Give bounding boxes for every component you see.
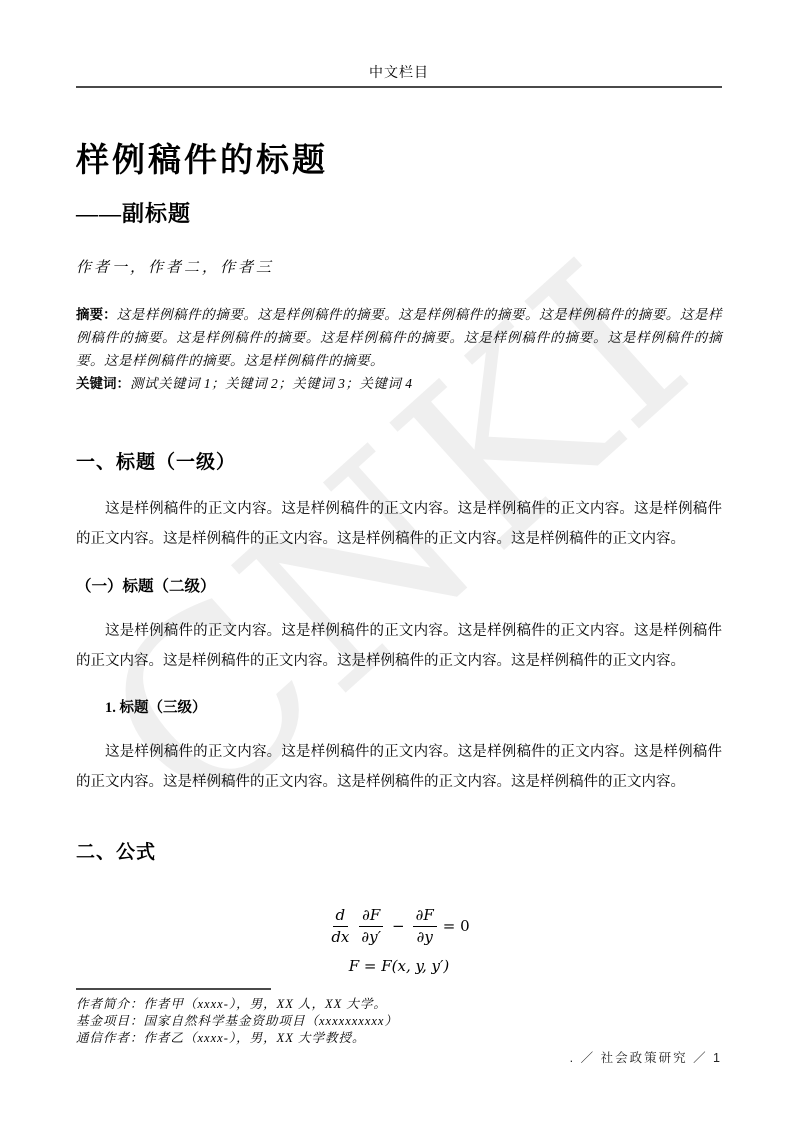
header-divider: [76, 86, 722, 88]
abstract-block: 摘要：这是样例稿件的摘要。这是样例稿件的摘要。这是样例稿件的摘要。这是样例稿件的…: [76, 303, 722, 395]
fraction-denominator: ∂y: [414, 927, 436, 947]
body-paragraph: 这是样例稿件的正文内容。这是样例稿件的正文内容。这是样例稿件的正文内容。这是样例…: [76, 737, 722, 797]
fraction-numerator: ∂F: [359, 906, 383, 927]
section-heading-level2: （一）标题（二级）: [76, 574, 722, 596]
footnote-funding: 基金项目：国家自然科学基金资助项目（xxxxxxxxxx）: [76, 1013, 722, 1030]
footnote-divider: [76, 988, 271, 990]
fraction-numerator: ∂F: [413, 906, 437, 927]
running-head: 中文栏目: [76, 62, 722, 82]
keywords-text: 测试关键词 1；关键词 2；关键词 3；关键词 4: [130, 376, 413, 391]
function-definition-equation: F = F(x, y, y′): [76, 957, 722, 975]
article-subtitle: ——副标题: [76, 197, 722, 228]
abstract-label: 摘要：: [76, 307, 117, 322]
footnote-corresponding-author: 通信作者：作者乙（xxxx-），男，XX 大学教授。: [76, 1030, 722, 1047]
body-paragraph: 这是样例稿件的正文内容。这是样例稿件的正文内容。这是样例稿件的正文内容。这是样例…: [76, 494, 722, 554]
document-page: CNKI 中文栏目 样例稿件的标题 ——副标题 作者一，作者二，作者三 摘要：这…: [0, 0, 794, 1123]
body-paragraph: 这是样例稿件的正文内容。这是样例稿件的正文内容。这是样例稿件的正文内容。这是样例…: [76, 616, 722, 676]
section-heading-level3: 1. 标题（三级）: [76, 696, 722, 717]
article-title: 样例稿件的标题: [76, 134, 722, 181]
abstract-paragraph: 摘要：这是样例稿件的摘要。这是样例稿件的摘要。这是样例稿件的摘要。这是样例稿件的…: [76, 303, 722, 372]
footnote-author-bio: 作者简介：作者甲（xxxx-），男，XX 人，XX 大学。: [76, 996, 722, 1013]
section-heading-level1: 一、标题（一级）: [76, 447, 722, 474]
abstract-text: 这是样例稿件的摘要。这是样例稿件的摘要。这是样例稿件的摘要。这是样例稿件的摘要。…: [76, 307, 722, 368]
page-footer-journal-pagenumber: . ／ 社会政策研究 ／ 1: [570, 1048, 722, 1066]
fraction-d-dx: d dx: [328, 906, 352, 947]
fraction-numerator: d: [333, 906, 349, 927]
section-heading-formulas: 二、公式: [76, 837, 722, 864]
footnote-block: 作者简介：作者甲（xxxx-），男，XX 人，XX 大学。 基金项目：国家自然科…: [76, 988, 722, 1047]
article-authors: 作者一，作者二，作者三: [76, 256, 722, 277]
fraction-dF-dy: ∂F ∂y: [413, 906, 437, 947]
fraction-denominator: dx: [328, 927, 352, 947]
formula-block: d dx ∂F ∂y′ − ∂F ∂y = 0 F = F(x, y, y′): [76, 906, 722, 975]
euler-lagrange-equation: d dx ∂F ∂y′ − ∂F ∂y = 0: [76, 906, 722, 947]
keywords-paragraph: 关键词：测试关键词 1；关键词 2；关键词 3；关键词 4: [76, 372, 722, 395]
fraction-dF-dyprime: ∂F ∂y′: [358, 906, 384, 947]
fraction-denominator: ∂y′: [358, 927, 384, 947]
equation-rhs: = 0: [443, 917, 470, 935]
minus-operator: −: [390, 917, 407, 935]
keywords-label: 关键词：: [76, 376, 130, 391]
